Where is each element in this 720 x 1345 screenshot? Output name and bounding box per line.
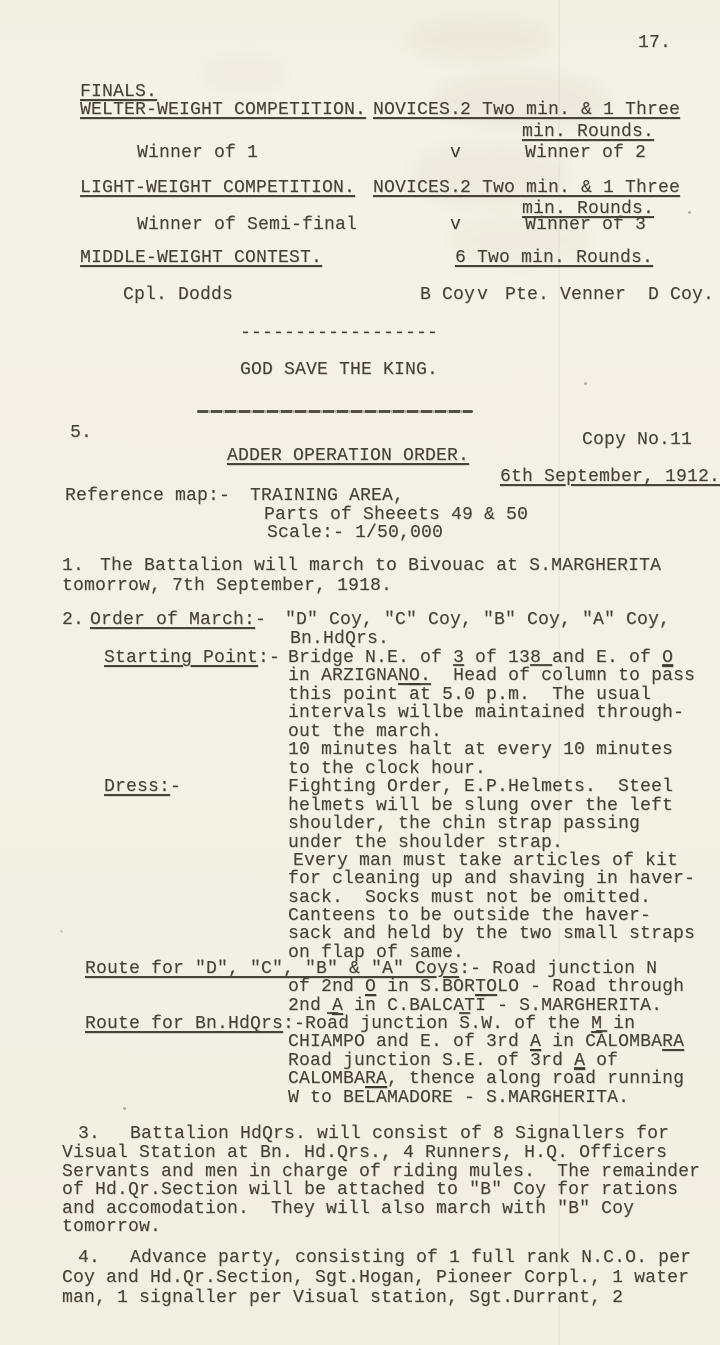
text-run: Winner of 3 <box>525 215 646 235</box>
text-run: this point at 5.0 p.m. The usual <box>288 685 651 705</box>
text-run: of 2nd O in S.BORTOLO - Road through <box>288 977 684 997</box>
route-for-hq-line-4: CALOMBARA, thence along road running <box>0 1069 720 1089</box>
text-run: GOD SAVE THE KING. <box>240 360 438 380</box>
text-run: MIDDLE-WEIGHT CONTEST. <box>80 248 322 268</box>
light-weight-heading: LIGHT-WEIGHT COMPETITION.NOVICES.2 Two m… <box>0 178 720 198</box>
text-run: CHIAMPO and E. of 3rd A in CALOMBARA <box>288 1032 684 1052</box>
god-save-the-king: GOD SAVE THE KING. <box>0 360 720 380</box>
starting-point-line-6: 10 minutes halt at every 10 minutes <box>0 740 720 760</box>
text-run: 6 Two min. Rounds. <box>455 248 653 268</box>
dress-line-2: helmets will be slung over the left <box>0 796 720 816</box>
text-run: to the clock hour. <box>288 759 486 779</box>
text-run: The Battalion will march to Bivouac at S… <box>100 556 661 576</box>
text-run: under the shoulder strap. <box>288 833 563 853</box>
text-run: Servants and men in charge of riding mul… <box>62 1162 700 1182</box>
finals-heading: FINALS. <box>0 82 720 102</box>
text-run: Bridge N.E. of 3 of 138 and E. of O <box>288 648 673 668</box>
rule-separator <box>0 403 720 423</box>
text-run: Visual Station at Bn. Hd.Qrs., 4 Runners… <box>62 1143 667 1163</box>
text-run: out the march. <box>288 722 442 742</box>
document-page: 17.FINALS.WELTER-WEIGHT COMPETITION.NOVI… <box>0 0 720 1345</box>
text-run: 4. <box>78 1248 100 1268</box>
text-run: Route for "D", "C", "B" & "A" Coys:- Roa… <box>85 959 657 979</box>
text-run: tomorrow, 7th September, 1918. <box>62 576 392 596</box>
text-run: in ARZIGNANO. Head of column to pass <box>288 666 695 686</box>
text-run: CALOMBARA, thence along road running <box>288 1069 684 1089</box>
dust-speck <box>584 382 587 385</box>
text-run: WELTER-WEIGHT COMPETITION. <box>80 100 366 120</box>
route-for-hq: Route for Bn.HdQrs:-Road junction S.W. o… <box>0 1014 720 1034</box>
starting-point-line-5: out the march. <box>0 722 720 742</box>
text-run: Canteens to be outside the haver- <box>288 906 651 926</box>
reference-scale: Scale:- 1/50,000 <box>0 523 720 543</box>
reference-map: Reference map:-TRAINING AREA, <box>0 486 720 506</box>
text-run: min. Rounds. <box>522 122 654 142</box>
text-run: helmets will be slung over the left <box>288 796 673 816</box>
text-run: Battalion HdQrs. will consist of 8 Signa… <box>130 1124 669 1144</box>
text-run: Reference map:- <box>65 486 230 506</box>
route-for-coys: Route for "D", "C", "B" & "A" Coys:- Roa… <box>0 959 720 979</box>
dress: Dress:-Fighting Order, E.P.Helmets. Stee… <box>0 777 720 797</box>
para-3-line-3: Servants and men in charge of riding mul… <box>0 1162 720 1182</box>
text-run: man, 1 signaller per Visual station, Sgt… <box>62 1288 623 1308</box>
middle-weight-bout: Cpl. DoddsB CoyvPte. VennerD Coy. <box>0 285 720 305</box>
text-run: D Coy. <box>648 285 714 305</box>
welter-weight-rounds: min. Rounds. <box>0 122 720 142</box>
text-run: sack. Socks must not be omitted. <box>288 888 651 908</box>
text-run: and accomodation. They will also march w… <box>62 1199 634 1219</box>
para-1-line-2: tomorrow, 7th September, 1918. <box>0 576 720 596</box>
para-3-line-5: and accomodation. They will also march w… <box>0 1199 720 1219</box>
para-4-line-1: 4.Advance party, consisting of 1 full ra… <box>0 1248 720 1268</box>
starting-point-line-3: this point at 5.0 p.m. The usual <box>0 685 720 705</box>
route-for-coys-line-3: 2nd A in C.BALCATI - S.MARGHERITA. <box>0 996 720 1016</box>
text-run: Winner of 1 <box>137 143 258 163</box>
text-run: 3. <box>78 1124 100 1144</box>
text-run: LIGHT-WEIGHT COMPETITION. <box>80 178 355 198</box>
text-run: NOVICES. <box>373 100 461 120</box>
text-run: Starting Point:- <box>104 648 280 668</box>
text-run: shoulder, the chin strap passing <box>288 814 640 834</box>
starting-point-line-2: in ARZIGNANO. Head of column to pass <box>0 666 720 686</box>
text-run: v <box>477 285 488 305</box>
text-run: Fighting Order, E.P.Helmets. Steel <box>288 777 673 797</box>
middle-weight-heading: MIDDLE-WEIGHT CONTEST.6 Two min. Rounds. <box>0 248 720 268</box>
text-run: for cleaning up and shaving in haver- <box>288 869 695 889</box>
para-4-line-2: Coy and Hd.Qr.Section, Sgt.Hogan, Pionee… <box>0 1268 720 1288</box>
text-run: ADDER OPERATION ORDER. <box>227 446 469 466</box>
text-run: 10 minutes halt at every 10 minutes <box>288 740 673 760</box>
order-of-march: 2.Order of March:-"D" Coy, "C" Coy, "B" … <box>0 610 720 630</box>
dress-line-9: sack and held by the two small straps <box>0 924 720 944</box>
operation-order-date: 6th September, 1912. <box>0 467 720 487</box>
text-run: "D" Coy, "C" Coy, "B" Coy, "A" Coy, <box>285 610 670 630</box>
text-run: of Hd.Qr.Section will be attached to "B"… <box>62 1180 678 1200</box>
route-for-hq-line-5: W to BELAMADORE - S.MARGHERITA. <box>0 1088 720 1108</box>
dress-line-4: under the shoulder strap. <box>0 833 720 853</box>
para-3-line-2: Visual Station at Bn. Hd.Qrs., 4 Runners… <box>0 1143 720 1163</box>
para-4-line-3: man, 1 signaller per Visual station, Sgt… <box>0 1288 720 1308</box>
text-run: Advance party, consisting of 1 full rank… <box>130 1248 691 1268</box>
text-run: Winner of Semi-final <box>137 215 357 235</box>
text-run: Every man must take articles of kit <box>293 851 678 871</box>
text-run: Route for Bn.HdQrs:-Road junction S.W. o… <box>85 1014 635 1034</box>
text-run: Bn.HdQrs. <box>290 629 389 649</box>
text-run: NOVICES. <box>373 178 461 198</box>
dashed-separator: ------------------ <box>0 323 720 343</box>
text-run: W to BELAMADORE - S.MARGHERITA. <box>288 1088 629 1108</box>
horizontal-rule <box>197 410 473 413</box>
text-run: 2nd A in C.BALCATI - S.MARGHERITA. <box>288 996 662 1016</box>
dress-line-7: sack. Socks must not be omitted. <box>0 888 720 908</box>
text-run: Pte. Venner <box>505 285 626 305</box>
dress-line-8: Canteens to be outside the haver- <box>0 906 720 926</box>
para-1-line-1: 1.The Battalion will march to Bivouac at… <box>0 556 720 576</box>
text-run: B Coy <box>420 285 475 305</box>
para-3-line-1: 3.Battalion HdQrs. will consist of 8 Sig… <box>0 1124 720 1144</box>
text-run: Coy and Hd.Qr.Section, Sgt.Hogan, Pionee… <box>62 1268 689 1288</box>
text-run: v <box>450 215 461 235</box>
dress-line-5: Every man must take articles of kit <box>0 851 720 871</box>
para-3-line-4: of Hd.Qr.Section will be attached to "B"… <box>0 1180 720 1200</box>
text-run: 1. <box>62 556 84 576</box>
starting-point: Starting Point:-Bridge N.E. of 3 of 138 … <box>0 648 720 668</box>
dress-line-6: for cleaning up and shaving in haver- <box>0 869 720 889</box>
text-run: Cpl. Dodds <box>123 285 233 305</box>
route-for-hq-line-3: Road junction S.E. of 3rd A of <box>0 1051 720 1071</box>
text-run: TRAINING AREA, <box>250 486 404 506</box>
welter-weight-bout: Winner of 1vWinner of 2 <box>0 143 720 163</box>
order-of-march-line-2: Bn.HdQrs. <box>0 629 720 649</box>
page-number: 17. <box>0 33 720 53</box>
starting-point-line-4: intervals willbe maintained through- <box>0 703 720 723</box>
reference-sheets: Parts of Sheeets 49 & 50 <box>0 505 720 525</box>
text-run: Order of March:- <box>90 610 266 630</box>
text-run: v <box>450 143 461 163</box>
text-run: Road junction S.E. of 3rd A of <box>288 1051 618 1071</box>
welter-weight-heading: WELTER-WEIGHT COMPETITION.NOVICES.2 Two … <box>0 100 720 120</box>
text-run: FINALS. <box>80 82 157 102</box>
text-run: sack and held by the two small straps <box>288 924 695 944</box>
text-run: Winner of 2 <box>525 143 646 163</box>
text-run: 2 Two min. & 1 Three <box>460 178 680 198</box>
route-for-coys-line-2: of 2nd O in S.BORTOLO - Road through <box>0 977 720 997</box>
text-run: ------------------ <box>240 323 438 343</box>
light-weight-bout: Winner of Semi-finalvWinner of 3 <box>0 215 720 235</box>
text-run: intervals willbe maintained through- <box>288 703 684 723</box>
text-run: 17. <box>638 33 671 53</box>
text-run: 6th September, 1912. <box>500 467 720 487</box>
text-run: 2 Two min. & 1 Three <box>460 100 680 120</box>
text-run: Dress:- <box>104 777 181 797</box>
starting-point-line-7: to the clock hour. <box>0 759 720 779</box>
para-3-line-6: tomorrow. <box>0 1217 720 1237</box>
text-run: Scale:- 1/50,000 <box>267 523 443 543</box>
text-run: 2. <box>62 610 84 630</box>
text-run: tomorrow. <box>62 1217 161 1237</box>
text-run: Parts of Sheeets 49 & 50 <box>264 505 528 525</box>
dress-line-3: shoulder, the chin strap passing <box>0 814 720 834</box>
operation-order-title: ADDER OPERATION ORDER. <box>0 446 720 466</box>
route-for-hq-line-2: CHIAMPO and E. of 3rd A in CALOMBARA <box>0 1032 720 1052</box>
